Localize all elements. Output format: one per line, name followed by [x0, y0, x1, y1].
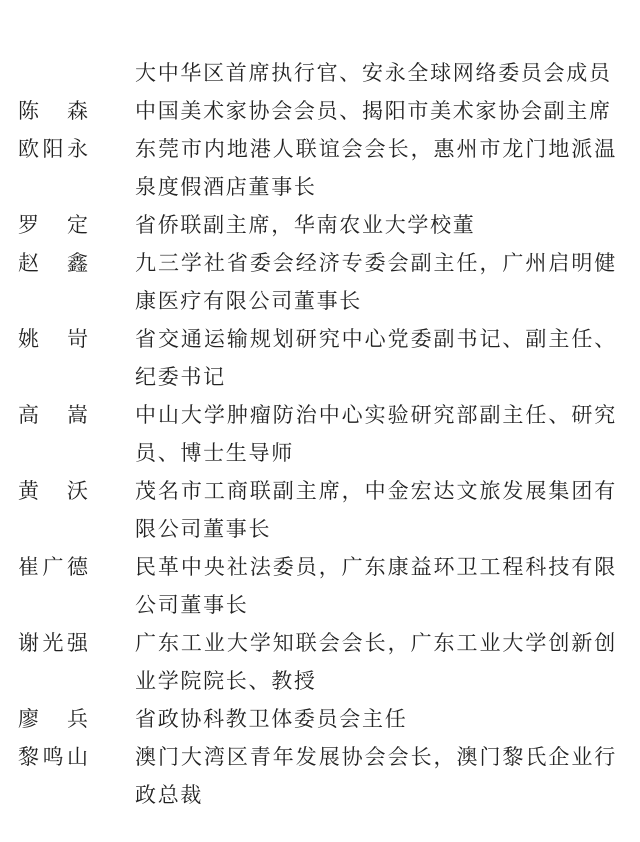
- roster-row: 姚岢 省交通运输规划研究中心党委副书记、副主任、纪委书记: [18, 320, 620, 396]
- roster-row: 欧阳永 东莞市内地港人联谊会会长，惠州市龙门地派温泉度假酒店董事长: [18, 130, 620, 206]
- roster-row: 陈森 中国美术家协会会员、揭阳市美术家协会副主席: [18, 92, 620, 130]
- person-name: 姚岢: [18, 320, 88, 358]
- person-name: 黄沃: [18, 472, 88, 510]
- roster-row: 崔广德 民革中央社法委员，广东康益环卫工程科技有限公司董事长: [18, 548, 620, 624]
- roster-row: 赵鑫 九三学社省委会经济专委会副主任，广州启明健康医疗有限公司董事长: [18, 244, 620, 320]
- person-name: 罗定: [18, 206, 88, 244]
- person-name: 崔广德: [18, 548, 88, 586]
- person-title: 省侨联副主席，华南农业大学校董: [135, 206, 617, 244]
- person-title: 中国美术家协会会员、揭阳市美术家协会副主席: [135, 92, 617, 130]
- person-title: 省政协科教卫体委员会主任: [135, 700, 617, 738]
- roster-row: 谢光强 广东工业大学知联会会长，广东工业大学创新创业学院院长、教授: [18, 624, 620, 700]
- person-title: 澳门大湾区青年发展协会会长，澳门黎氏企业行政总裁: [135, 738, 617, 814]
- person-name: 高嵩: [18, 396, 88, 434]
- person-name: 赵鑫: [18, 244, 88, 282]
- person-name: 谢光强: [18, 624, 88, 662]
- person-title: 省交通运输规划研究中心党委副书记、副主任、纪委书记: [135, 320, 617, 396]
- person-name: 欧阳永: [18, 130, 88, 168]
- roster-page: 大中华区首席执行官、安永全球网络委员会成员 陈森 中国美术家协会会员、揭阳市美术…: [0, 0, 640, 842]
- person-title: 东莞市内地港人联谊会会长，惠州市龙门地派温泉度假酒店董事长: [135, 130, 617, 206]
- person-title: 茂名市工商联副主席，中金宏达文旅发展集团有限公司董事长: [135, 472, 617, 548]
- person-title: 九三学社省委会经济专委会副主任，广州启明健康医疗有限公司董事长: [135, 244, 617, 320]
- roster-row: 高嵩 中山大学肿瘤防治中心实验研究部副主任、研究员、博士生导师: [18, 396, 620, 472]
- roster-row: 黎鸣山 澳门大湾区青年发展协会会长，澳门黎氏企业行政总裁: [18, 738, 620, 814]
- person-name: 黎鸣山: [18, 738, 88, 776]
- person-title: 广东工业大学知联会会长，广东工业大学创新创业学院院长、教授: [135, 624, 617, 700]
- person-title: 中山大学肿瘤防治中心实验研究部副主任、研究员、博士生导师: [135, 396, 617, 472]
- roster-row: 黄沃 茂名市工商联副主席，中金宏达文旅发展集团有限公司董事长: [18, 472, 620, 548]
- person-title: 民革中央社法委员，广东康益环卫工程科技有限公司董事长: [135, 548, 617, 624]
- person-name: 陈森: [18, 92, 88, 130]
- person-name: 廖兵: [18, 700, 88, 738]
- roster-row: 大中华区首席执行官、安永全球网络委员会成员: [18, 54, 620, 92]
- person-title: 大中华区首席执行官、安永全球网络委员会成员: [135, 54, 617, 92]
- roster-row: 罗定 省侨联副主席，华南农业大学校董: [18, 206, 620, 244]
- roster-row: 廖兵 省政协科教卫体委员会主任: [18, 700, 620, 738]
